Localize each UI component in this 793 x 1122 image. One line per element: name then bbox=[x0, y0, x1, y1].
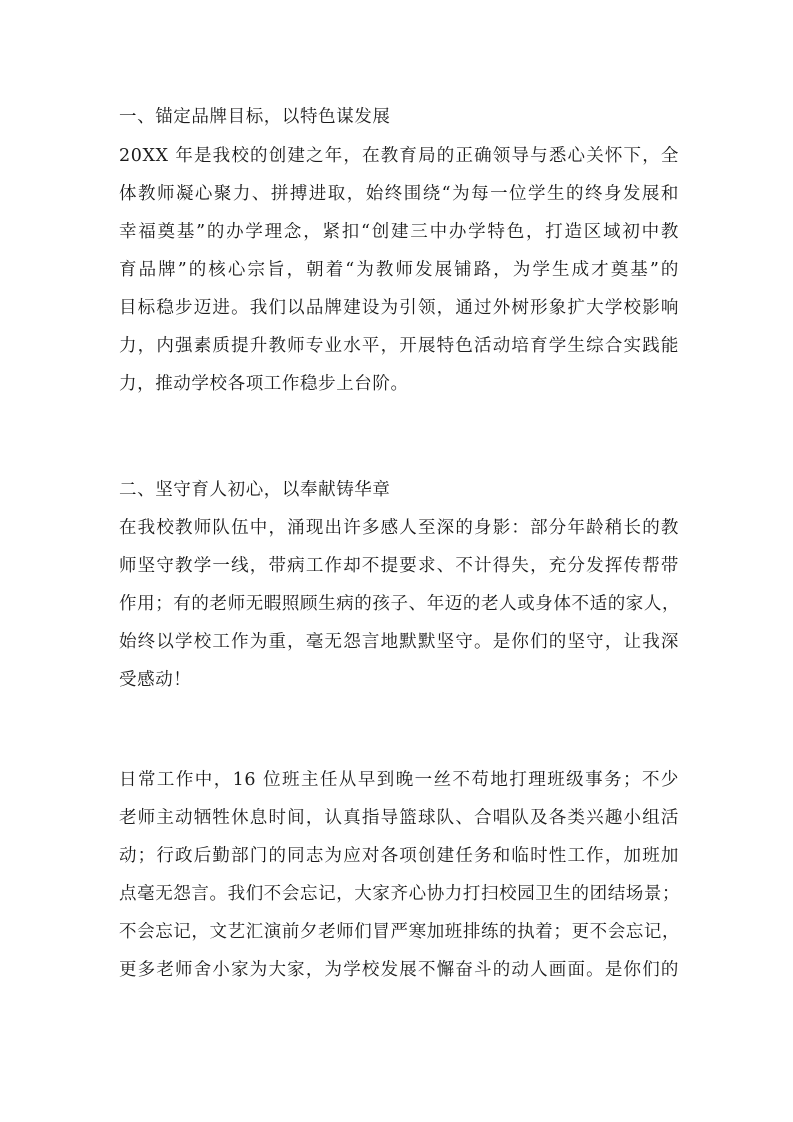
paragraph-line: 师坚守教学一线，带病工作却不提要求、不计得失，充分发挥传帮带 bbox=[119, 554, 679, 578]
paragraph-line: 老师主动牺牲休息时间，认真指导篮球队、合唱队及各类兴趣小组活 bbox=[119, 806, 679, 830]
section-heading: 二、坚守育人初心，以奉献铸华章 bbox=[119, 478, 679, 502]
paragraph-line: 目标稳步迈进。我们以品牌建设为引领，通过外树形象扩大学校影响 bbox=[119, 296, 679, 320]
paragraph-line: 20XX 年是我校的创建之年，在教育局的正确领导与悉心关怀下，全 bbox=[119, 144, 679, 168]
paragraph-line: 不会忘记，文艺汇演前夕老师们冒严寒加班排练的执着；更不会忘记， bbox=[119, 920, 679, 944]
paragraph-line: 点毫无怨言。我们不会忘记，大家齐心协力打扫校园卫生的团结场景； bbox=[119, 882, 679, 906]
paragraph-line: 体教师凝心聚力、拼搏进取，始终围绕“为每一位学生的终身发展和 bbox=[119, 182, 679, 206]
paragraph-line: 始终以学校工作为重，毫无怨言地默默坚守。是你们的坚守，让我深 bbox=[119, 630, 679, 654]
paragraph-line: 力，内强素质提升教师专业水平，开展特色活动培育学生综合实践能 bbox=[119, 334, 679, 358]
paragraph-line: 在我校教师队伍中，涌现出许多感人至深的身影：部分年龄稍长的教 bbox=[119, 516, 679, 540]
paragraph-line: 作用；有的老师无暇照顾生病的孩子、年迈的老人或身体不适的家人， bbox=[119, 592, 679, 616]
section-heading: 一、锚定品牌目标，以特色谋发展 bbox=[119, 105, 679, 129]
paragraph-line: 动；行政后勤部门的同志为应对各项创建任务和临时性工作，加班加 bbox=[119, 844, 679, 868]
paragraph-line: 日常工作中，16 位班主任从早到晚一丝不苟地打理班级事务；不少 bbox=[119, 768, 679, 792]
paragraph-line: 育品牌”的核心宗旨，朝着“为教师发展铺路，为学生成才奠基”的 bbox=[119, 258, 679, 282]
paragraph-line: 力，推动学校各项工作稳步上台阶。 bbox=[119, 372, 679, 396]
paragraph-line: 受感动！ bbox=[119, 668, 679, 692]
paragraph-line: 更多老师舍小家为大家，为学校发展不懈奋斗的动人画面。是你们的 bbox=[119, 958, 679, 982]
paragraph-line: 幸福奠基”的办学理念，紧扣“创建三中办学特色，打造区域初中教 bbox=[119, 220, 679, 244]
